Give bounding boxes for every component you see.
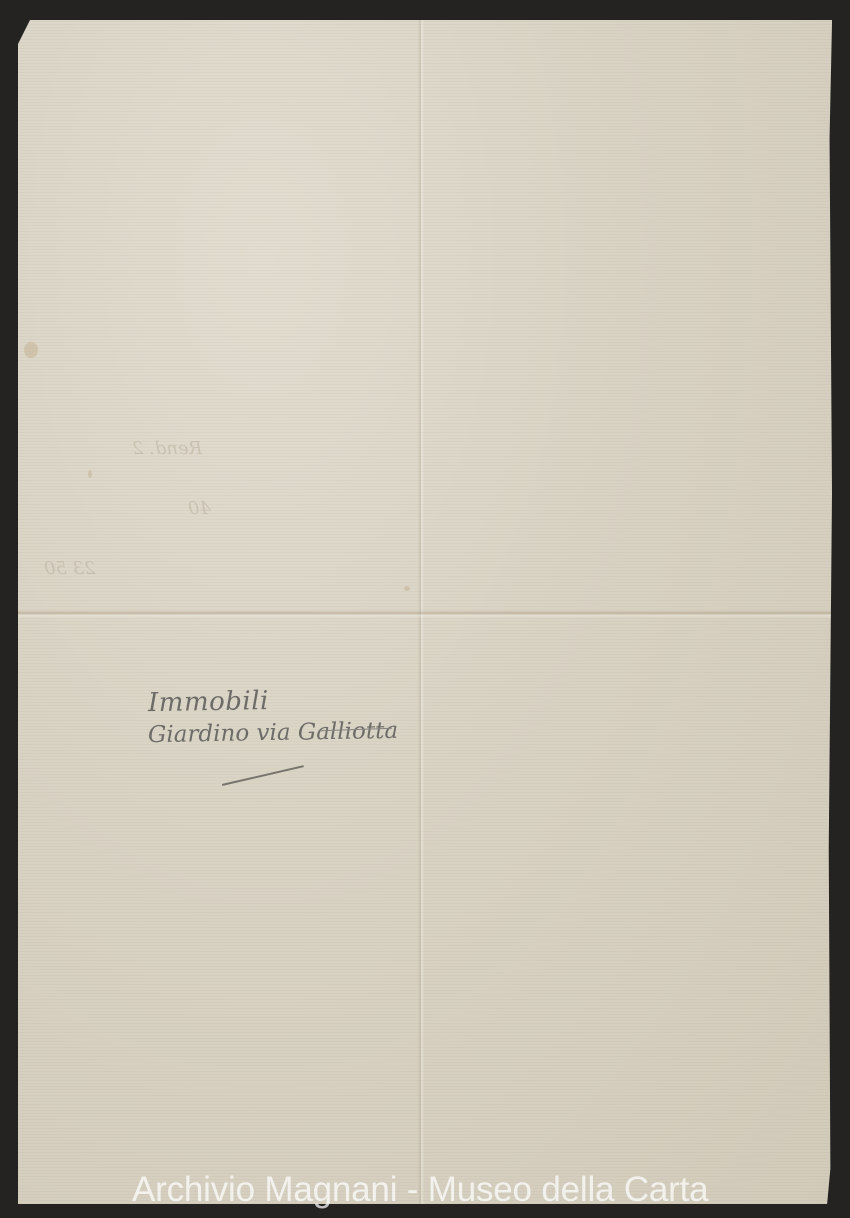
scan-viewport: Rend. 2 40 23 50 Immobili Giardino via G… — [0, 0, 850, 1218]
bleed-through-text: Rend. 2 — [132, 438, 202, 459]
annotation-line-immobili: Immobili — [148, 686, 398, 716]
archive-watermark: Archivio Magnani - Museo della Carta — [132, 1172, 708, 1207]
foxing-stain — [88, 470, 92, 478]
bleed-through-text: 23 50 — [44, 558, 96, 579]
bleed-through-text: 40 — [188, 498, 211, 519]
horizontal-fold-crease — [18, 610, 832, 618]
annotation-line-giardino: Giardino via Galliotta — [148, 720, 398, 747]
foxing-stain — [404, 586, 410, 591]
pencil-annotation: Immobili Giardino via Galliotta — [148, 688, 398, 745]
paper-sheet: Rend. 2 40 23 50 — [18, 20, 832, 1204]
foxing-stain — [24, 342, 38, 358]
